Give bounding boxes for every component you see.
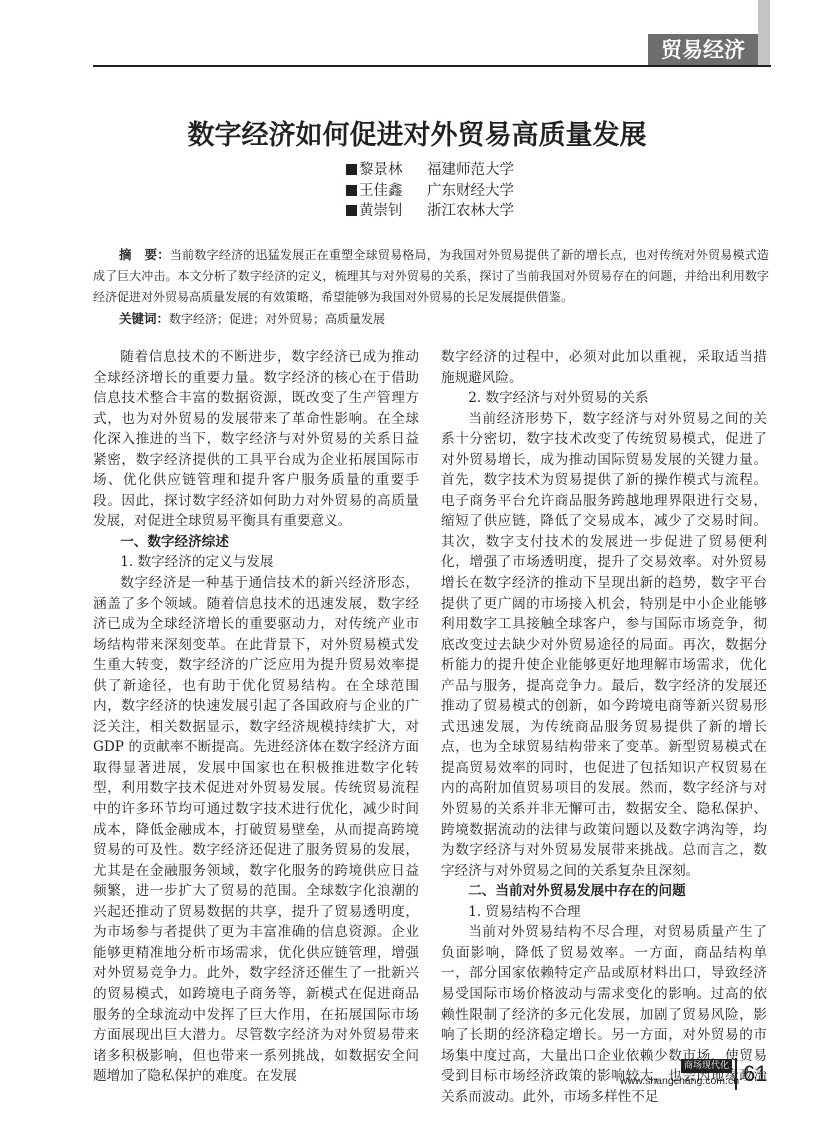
bullet-square-icon	[346, 185, 357, 196]
section-heading: 二、当前对外贸易发展中存在的问题	[441, 881, 767, 902]
bullet-square-icon	[346, 205, 357, 216]
author-name: 黎景林	[359, 160, 427, 181]
keywords-label: 关键词：	[119, 311, 169, 326]
body-paragraph: 当前经济形势下，数字经济与对外贸易之间的关系十分密切，数字技术改变了传统贸易模式…	[441, 409, 767, 882]
intro-paragraph: 随着信息技术的不断进步，数字经济已成为推动全球经济增长的重要力量。数字经济的核心…	[93, 347, 419, 532]
page-number: 61	[743, 1059, 767, 1089]
author-name: 王佳鑫	[359, 181, 427, 202]
abstract: 摘 要：当前数字经济的迅猛发展正在重塑全球贸易格局，为我国对外贸易提供了新的增长…	[93, 244, 769, 308]
body-paragraph-continuation: 数字经济的过程中，必须对此加以重视，采取适当措施规避风险。	[441, 347, 767, 388]
article-title: 数字经济如何促进对外贸易高质量发展	[93, 116, 741, 156]
keywords-text: 数字经济；促进；对外贸易；高质量发展	[169, 312, 385, 326]
author-affiliation: 浙江农林大学	[427, 203, 514, 219]
subsection-heading: 1. 数字经济的定义与发展	[93, 552, 419, 573]
abstract-text: 当前数字经济的迅猛发展正在重塑全球贸易格局，为我国对外贸易提供了新的增长点，也对…	[93, 248, 769, 304]
subsection-heading: 2. 数字经济与对外贸易的关系	[441, 388, 767, 409]
author-entry: 黎景林福建师范大学	[346, 160, 514, 181]
author-name: 黄崇钊	[359, 201, 427, 222]
footer-divider	[735, 1058, 737, 1090]
section-heading: 一、数字经济综述	[93, 532, 419, 553]
body-paragraph: 数字经济是一种基于通信技术的新兴经济形态，涵盖了多个领域。随着信息技术的迅速发展…	[93, 573, 419, 1087]
website-link[interactable]: www.shangchang.com.cn	[620, 1074, 732, 1088]
abstract-label: 摘 要：	[119, 247, 170, 262]
author-affiliation: 福建师范大学	[427, 162, 514, 178]
author-entry: 王佳鑫广东财经大学	[346, 181, 514, 202]
section-tag: 贸易经济	[648, 34, 758, 66]
author-list: 黎景林福建师范大学 王佳鑫广东财经大学 黄崇钊浙江农林大学	[346, 160, 514, 222]
body-column-right: 数字经济的过程中，必须对此加以重视，采取适当措施规避风险。 2. 数字经济与对外…	[441, 347, 767, 1107]
header-side-bar	[758, 0, 770, 66]
bullet-square-icon	[346, 164, 357, 175]
magazine-logo: 商场现代化	[681, 1059, 732, 1073]
subsection-heading: 1. 贸易结构不合理	[441, 902, 767, 923]
body-column-left: 随着信息技术的不断进步，数字经济已成为推动全球经济增长的重要力量。数字经济的核心…	[93, 347, 419, 1087]
author-entry: 黄崇钊浙江农林大学	[346, 201, 514, 222]
author-affiliation: 广东财经大学	[427, 183, 514, 199]
abstract-block: 摘 要：当前数字经济的迅猛发展正在重塑全球贸易格局，为我国对外贸易提供了新的增长…	[93, 244, 769, 330]
header-rule	[93, 65, 771, 67]
keywords: 关键词：数字经济；促进；对外贸易；高质量发展	[93, 308, 769, 330]
